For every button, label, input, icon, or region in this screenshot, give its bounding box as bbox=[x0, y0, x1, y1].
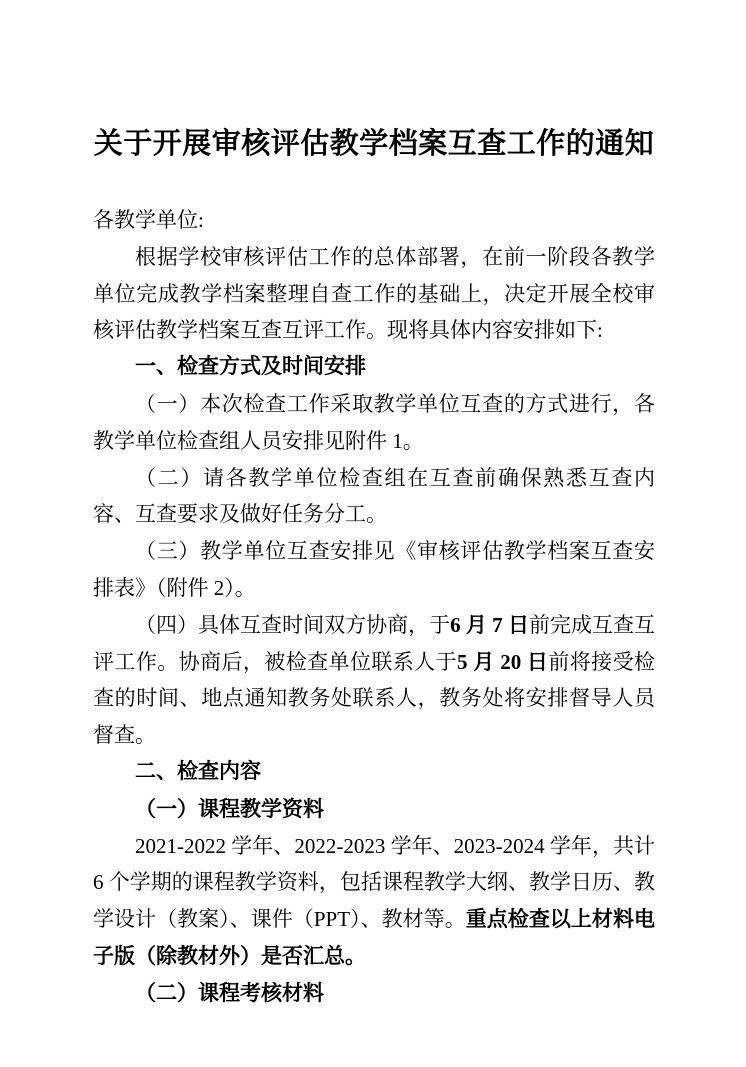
document-body: 各教学单位:根据学校审核评估工作的总体部署，在前一阶段各教学单位完成教学档案整理… bbox=[93, 202, 655, 1012]
text-run: （一）课程教学资料 bbox=[135, 797, 324, 821]
text-run: 5 月 20 日 bbox=[457, 650, 548, 674]
document-page: 关于开展审核评估教学档案互查工作的通知 各教学单位:根据学校审核评估工作的总体部… bbox=[0, 0, 746, 1067]
paragraph: （三）教学单位互查安排见《审核评估教学档案互查安排表》（附件 2）。 bbox=[93, 533, 655, 607]
section-heading: （二）课程考核材料 bbox=[93, 975, 655, 1012]
text-run: （四）具体互查时间双方协商，于 bbox=[135, 613, 450, 637]
text-run: （二）请各教学单位检查组在互查前确保熟悉互查内容、互查要求及做好任务分工。 bbox=[93, 466, 655, 527]
text-run: （三）教学单位互查安排见《审核评估教学档案互查安排表》（附件 2）。 bbox=[93, 539, 655, 600]
paragraph: 2021-2022 学年、2022-2023 学年、2023-2024 学年，共… bbox=[93, 828, 655, 975]
text-run: 二、检查内容 bbox=[135, 760, 261, 783]
text-run: （一）本次检查工作采取教学单位互查的方式进行，各教学单位检查组人员安排见附件 1… bbox=[93, 392, 655, 453]
text-run: 6 月 7 日 bbox=[450, 613, 529, 637]
section-heading: 一、检查方式及时间安排 bbox=[93, 349, 655, 386]
section-heading: 二、检查内容 bbox=[93, 754, 655, 791]
section-heading: （一）课程教学资料 bbox=[93, 791, 655, 828]
text-run: 各教学单位: bbox=[93, 208, 204, 232]
document-title: 关于开展审核评估教学档案互查工作的通知 bbox=[93, 122, 655, 166]
text-run: 一、检查方式及时间安排 bbox=[135, 355, 366, 378]
text-run: 根据学校审核评估工作的总体部署，在前一阶段各教学单位完成教学档案整理自查工作的基… bbox=[93, 245, 655, 343]
paragraph: （一）本次检查工作采取教学单位互查的方式进行，各教学单位检查组人员安排见附件 1… bbox=[93, 386, 655, 460]
paragraph: 根据学校审核评估工作的总体部署，在前一阶段各教学单位完成教学档案整理自查工作的基… bbox=[93, 239, 655, 349]
paragraph: （四）具体互查时间双方协商，于6 月 7 日前完成互查互评工作。协商后，被检查单… bbox=[93, 607, 655, 754]
text-run: （二）课程考核材料 bbox=[135, 981, 324, 1005]
paragraph: 各教学单位: bbox=[93, 202, 655, 239]
paragraph: （二）请各教学单位检查组在互查前确保熟悉互查内容、互查要求及做好任务分工。 bbox=[93, 460, 655, 534]
